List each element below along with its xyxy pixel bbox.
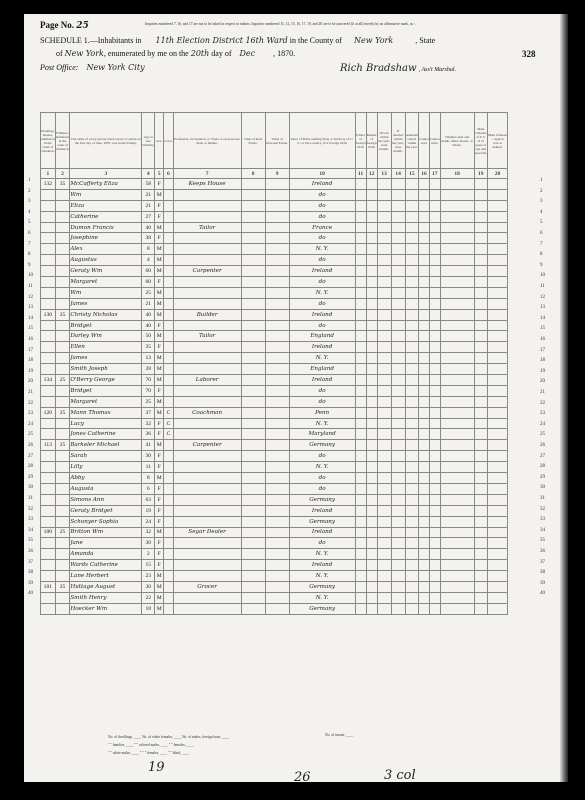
col-13-cell [377, 516, 391, 527]
color [164, 516, 173, 527]
age: 40 [142, 320, 155, 331]
col-11-cell [355, 244, 366, 255]
col-15-cell [405, 222, 418, 233]
col-12-cell [366, 494, 377, 505]
dwelling-number: 130 [41, 309, 56, 320]
person-name: James [70, 353, 142, 364]
real-estate-value [241, 538, 265, 549]
col-caption-12: Mother of foreign birth. [366, 113, 377, 169]
dwelling-number [41, 462, 56, 473]
col-12-cell [366, 505, 377, 516]
col-20-cell [487, 375, 507, 386]
col-16-cell [419, 538, 430, 549]
occupation [173, 189, 241, 200]
col-15-cell [405, 189, 418, 200]
col-14-cell [391, 581, 405, 592]
census-rows: 13235McCafferty Eliza58FKeeps HouseIrela… [41, 179, 508, 615]
sex: M [155, 189, 164, 200]
color [164, 592, 173, 603]
col-20-cell [487, 473, 507, 484]
sex: F [155, 200, 164, 211]
col-15-cell [405, 320, 418, 331]
personal-estate-value [265, 473, 289, 484]
age: 21 [142, 189, 155, 200]
family-number [55, 244, 70, 255]
col-20-cell [487, 603, 507, 614]
sex: F [155, 462, 164, 473]
dwelling-number [41, 505, 56, 516]
col-18-cell [440, 189, 474, 200]
real-estate-value [241, 233, 265, 244]
line-number-right: 34 [540, 528, 545, 533]
birthplace: do [289, 483, 355, 494]
col-12-cell [366, 407, 377, 418]
line-number-left: 24 [28, 422, 33, 427]
sex: F [155, 385, 164, 396]
col-17-cell [429, 298, 440, 309]
col-18-cell [440, 320, 474, 331]
line-number-left: 10 [28, 273, 33, 278]
col-11-cell [355, 527, 366, 538]
line-number-right: 22 [540, 401, 545, 406]
person-name: Smith Henry [70, 592, 142, 603]
person-name: Barkeler Michael [70, 440, 142, 451]
color [164, 385, 173, 396]
col-20-cell [487, 571, 507, 582]
family-number [55, 255, 70, 266]
line-number-right: 8 [540, 252, 543, 257]
sex: M [155, 266, 164, 277]
occupation [173, 494, 241, 505]
dwelling-number: 134 [41, 375, 56, 386]
col-12-cell [366, 473, 377, 484]
col-13-cell [377, 211, 391, 222]
real-estate-value [241, 571, 265, 582]
col-17-cell [429, 451, 440, 462]
table-row: Bridget70Fdo [41, 385, 508, 396]
real-estate-value [241, 473, 265, 484]
col-16-cell [419, 287, 430, 298]
col-13-cell [377, 364, 391, 375]
table-row: Sarah30Fdo [41, 451, 508, 462]
real-estate-value [241, 189, 265, 200]
person-name: Amanda [70, 549, 142, 560]
table-row: Jane30Fdo [41, 538, 508, 549]
real-estate-value [241, 407, 265, 418]
age: 70 [142, 385, 155, 396]
dwelling-number [41, 494, 56, 505]
sex: M [155, 287, 164, 298]
col-18-cell [440, 298, 474, 309]
line-number-right: 5 [540, 220, 543, 225]
col-caption-11: Father of foreign birth. [355, 113, 366, 169]
person-name: Darley Wm [70, 331, 142, 342]
col-13-cell [377, 222, 391, 233]
col-14-cell [391, 298, 405, 309]
birthplace: do [289, 396, 355, 407]
personal-estate-value [265, 494, 289, 505]
color [164, 342, 173, 353]
family-number [55, 462, 70, 473]
dwelling-number [41, 396, 56, 407]
line-number-right: 17 [540, 348, 545, 353]
table-row: 13235McCafferty Eliza58FKeeps HouseIrela… [41, 179, 508, 190]
col-number-16: 16 [419, 169, 430, 179]
col-12-cell [366, 396, 377, 407]
family-number [55, 364, 70, 375]
color [164, 494, 173, 505]
col-15-cell [405, 385, 418, 396]
col-17-cell [429, 331, 440, 342]
occupation [173, 211, 241, 222]
person-name: Jones Catherine [70, 429, 142, 440]
line-number-right: 16 [540, 337, 545, 342]
col-11-cell [355, 320, 366, 331]
occupation [173, 603, 241, 614]
family-number [55, 494, 70, 505]
personal-estate-value [265, 211, 289, 222]
line-number-left: 8 [28, 252, 31, 257]
sex: M [155, 407, 164, 418]
line-number-left: 36 [28, 549, 33, 554]
age: 63 [142, 494, 155, 505]
line-number-left: 15 [28, 326, 33, 331]
birthplace: N. Y. [289, 353, 355, 364]
occupation: Builder [173, 309, 241, 320]
col-15-cell [405, 581, 418, 592]
line-number-right: 40 [540, 591, 545, 596]
col-13-cell [377, 451, 391, 462]
sex: F [155, 483, 164, 494]
col-17-cell [429, 571, 440, 582]
col-14-cell [391, 179, 405, 190]
dwelling-number [41, 451, 56, 462]
sex: M [155, 396, 164, 407]
col-14-cell [391, 560, 405, 571]
col-number-6: 6 [164, 169, 173, 179]
real-estate-value [241, 353, 265, 364]
col-15-cell [405, 266, 418, 277]
col-12-cell [366, 592, 377, 603]
real-estate-value [241, 418, 265, 429]
col-11-cell [355, 440, 366, 451]
col-number-1: 1 [41, 169, 56, 179]
person-name: Geraty Wm [70, 266, 142, 277]
personal-estate-value [265, 385, 289, 396]
col-15-cell [405, 233, 418, 244]
col-17-cell [429, 407, 440, 418]
col-18-cell [440, 244, 474, 255]
occupation [173, 200, 241, 211]
table-row: Ellen35FIreland [41, 342, 508, 353]
occupation [173, 233, 241, 244]
col-number-15: 15 [405, 169, 418, 179]
col-18-cell [440, 603, 474, 614]
col-11-cell [355, 385, 366, 396]
col-20-cell [487, 516, 507, 527]
col-16-cell [419, 571, 430, 582]
birthplace: do [289, 385, 355, 396]
col-15-cell [405, 211, 418, 222]
personal-estate-value [265, 549, 289, 560]
col-14-cell [391, 549, 405, 560]
col-caption-7: Profession, Occupation, or Trade of each… [173, 113, 241, 169]
col-18-cell [440, 451, 474, 462]
col-14-cell [391, 516, 405, 527]
col-20-cell [487, 462, 507, 473]
col-caption-2: Families, numbered in the order of visit… [55, 113, 70, 169]
real-estate-value [241, 179, 265, 190]
dwelling-number [41, 549, 56, 560]
col-12-cell [366, 298, 377, 309]
col-15-cell [405, 603, 418, 614]
col-18-cell [440, 429, 474, 440]
table-row: Lucy32FCN. Y. [41, 418, 508, 429]
real-estate-value [241, 277, 265, 288]
col-15-cell [405, 549, 418, 560]
sex: M [155, 375, 164, 386]
col-13-cell [377, 200, 391, 211]
person-name: Wards Catherine [70, 560, 142, 571]
bottom-note-right: 3 col [384, 768, 416, 783]
line-number-right: 27 [540, 454, 545, 459]
col-13-cell [377, 581, 391, 592]
col-14-cell [391, 287, 405, 298]
col-19-cell [474, 581, 487, 592]
col-17-cell [429, 516, 440, 527]
col-18-cell [440, 200, 474, 211]
color [164, 549, 173, 560]
table-row: 13025Christy Nicholas40MBuilderIreland [41, 309, 508, 320]
person-name: McCafferty Eliza [70, 179, 142, 190]
birthplace: Germany [289, 494, 355, 505]
col-11-cell [355, 298, 366, 309]
col-19-cell [474, 255, 487, 266]
person-name: Mann Thomas [70, 407, 142, 418]
col-16-cell [419, 483, 430, 494]
real-estate-value [241, 200, 265, 211]
personal-estate-value [265, 483, 289, 494]
real-estate-value [241, 494, 265, 505]
col-15-cell [405, 255, 418, 266]
col-16-cell [419, 385, 430, 396]
birthplace: do [289, 451, 355, 462]
col-15-cell [405, 200, 418, 211]
col-13-cell [377, 473, 391, 484]
line-number-right: 36 [540, 549, 545, 554]
age: 30 [142, 581, 155, 592]
occupation [173, 396, 241, 407]
col-17-cell [429, 418, 440, 429]
birthplace: do [289, 538, 355, 549]
person-name: Huttage August [70, 581, 142, 592]
personal-estate-value [265, 287, 289, 298]
col-20-cell [487, 483, 507, 494]
person-name: Abby [70, 473, 142, 484]
age: 40 [142, 222, 155, 233]
col-20-cell [487, 494, 507, 505]
age: 60 [142, 277, 155, 288]
line-number-right: 11 [540, 284, 545, 289]
occupation [173, 298, 241, 309]
col-caption-8: Value of Real Estate. [241, 113, 265, 169]
real-estate-value [241, 516, 265, 527]
col-17-cell [429, 494, 440, 505]
district-value: 11th Election District 16th Ward [156, 36, 288, 45]
line-number-right: 6 [540, 231, 543, 236]
col-16-cell [419, 211, 430, 222]
col-16-cell [419, 233, 430, 244]
col-17-cell [429, 255, 440, 266]
person-name: Jane [70, 538, 142, 549]
col-15-cell [405, 592, 418, 603]
family-number: 35 [55, 179, 70, 190]
col-16-cell [419, 527, 430, 538]
col-15-cell [405, 298, 418, 309]
birthplace: Ireland [289, 527, 355, 538]
sex: M [155, 244, 164, 255]
col-19-cell [474, 396, 487, 407]
col-15-cell [405, 527, 418, 538]
col-20-cell [487, 538, 507, 549]
personal-estate-value [265, 505, 289, 516]
birthplace: do [289, 233, 355, 244]
col-17-cell [429, 179, 440, 190]
col-19-cell [474, 560, 487, 571]
col-13-cell [377, 287, 391, 298]
col-12-cell [366, 429, 377, 440]
bottom-note-left: 19 [148, 760, 165, 775]
occupation: Grocer [173, 581, 241, 592]
sheet-number: 328 [522, 49, 536, 59]
col-caption-15: Attended school within the year. [405, 113, 418, 169]
personal-estate-value [265, 581, 289, 592]
person-name: Britton Wm [70, 527, 142, 538]
real-estate-value [241, 342, 265, 353]
col-18-cell [440, 255, 474, 266]
col-16-cell [419, 244, 430, 255]
col-number-2: 2 [55, 169, 70, 179]
family-number [55, 505, 70, 516]
age: 35 [142, 342, 155, 353]
sex: F [155, 505, 164, 516]
line-number-right: 7 [540, 242, 543, 247]
col-caption-4: Age at last birthday. [142, 113, 155, 169]
line-number-left: 37 [28, 560, 33, 565]
insane-count: No. of insane, ____ [325, 733, 353, 737]
sex: M [155, 309, 164, 320]
col-16-cell [419, 418, 430, 429]
color [164, 287, 173, 298]
real-estate-value [241, 560, 265, 571]
col-11-cell [355, 222, 366, 233]
col-13-cell [377, 298, 391, 309]
birthplace: England [289, 364, 355, 375]
line-number-right: 20 [540, 379, 545, 384]
col-14-cell [391, 364, 405, 375]
family-number [55, 287, 70, 298]
family-number: 25 [55, 375, 70, 386]
occupation [173, 451, 241, 462]
col-15-cell [405, 494, 418, 505]
color [164, 560, 173, 571]
col-18-cell [440, 592, 474, 603]
sex: M [155, 353, 164, 364]
col-20-cell [487, 179, 507, 190]
col-13-cell [377, 418, 391, 429]
birthplace: N. Y. [289, 571, 355, 582]
line-number-right: 2 [540, 189, 543, 194]
col-14-cell [391, 440, 405, 451]
col-13-cell [377, 353, 391, 364]
line-number-right: 4 [540, 210, 543, 215]
col-19-cell [474, 516, 487, 527]
col-12-cell [366, 353, 377, 364]
real-estate-value [241, 320, 265, 331]
col-17-cell [429, 505, 440, 516]
occupation [173, 418, 241, 429]
family-number: 25 [55, 527, 70, 538]
col-20-cell [487, 560, 507, 571]
line-number-right: 23 [540, 411, 545, 416]
col-17-cell [429, 375, 440, 386]
col-11-cell [355, 516, 366, 527]
person-name: Sarah [70, 451, 142, 462]
birthplace: Penn [289, 407, 355, 418]
col-13-cell [377, 277, 391, 288]
age: 70 [142, 375, 155, 386]
table-row: Alex8MN. Y. [41, 244, 508, 255]
sex: F [155, 494, 164, 505]
col-20-cell [487, 549, 507, 560]
col-18-cell [440, 440, 474, 451]
col-20-cell [487, 407, 507, 418]
line-number-right: 24 [540, 422, 545, 427]
schedule-line: SCHEDULE 1.—Inhabitants in 11th Election… [40, 36, 435, 45]
family-number [55, 429, 70, 440]
real-estate-value [241, 603, 265, 614]
col-14-cell [391, 222, 405, 233]
line-number-left: 14 [28, 316, 33, 321]
col-11-cell [355, 407, 366, 418]
age: 25 [142, 287, 155, 298]
col-11-cell [355, 581, 366, 592]
col-caption-18: Whether deaf and dumb, blind, insane, or… [440, 113, 474, 169]
line-number-right: 33 [540, 517, 545, 522]
col-17-cell [429, 396, 440, 407]
table-row: Bridget40Fdo [41, 320, 508, 331]
col-13-cell [377, 342, 391, 353]
col-14-cell [391, 244, 405, 255]
col-19-cell [474, 222, 487, 233]
col-18-cell [440, 385, 474, 396]
birthplace: Ireland [289, 505, 355, 516]
col-19-cell [474, 451, 487, 462]
summary-block: No. of dwellings, ____ No. of white fema… [108, 733, 229, 757]
table-row: Smith Henry22MN. Y. [41, 592, 508, 603]
color [164, 451, 173, 462]
col-17-cell [429, 266, 440, 277]
marshal-signature: Rich Bradshaw [340, 63, 417, 74]
age: 24 [142, 516, 155, 527]
col-16-cell [419, 320, 430, 331]
personal-estate-value [265, 255, 289, 266]
occupation [173, 473, 241, 484]
occupation: Keeps House [173, 179, 241, 190]
age: 38 [142, 233, 155, 244]
family-number [55, 483, 70, 494]
col-18-cell [440, 179, 474, 190]
